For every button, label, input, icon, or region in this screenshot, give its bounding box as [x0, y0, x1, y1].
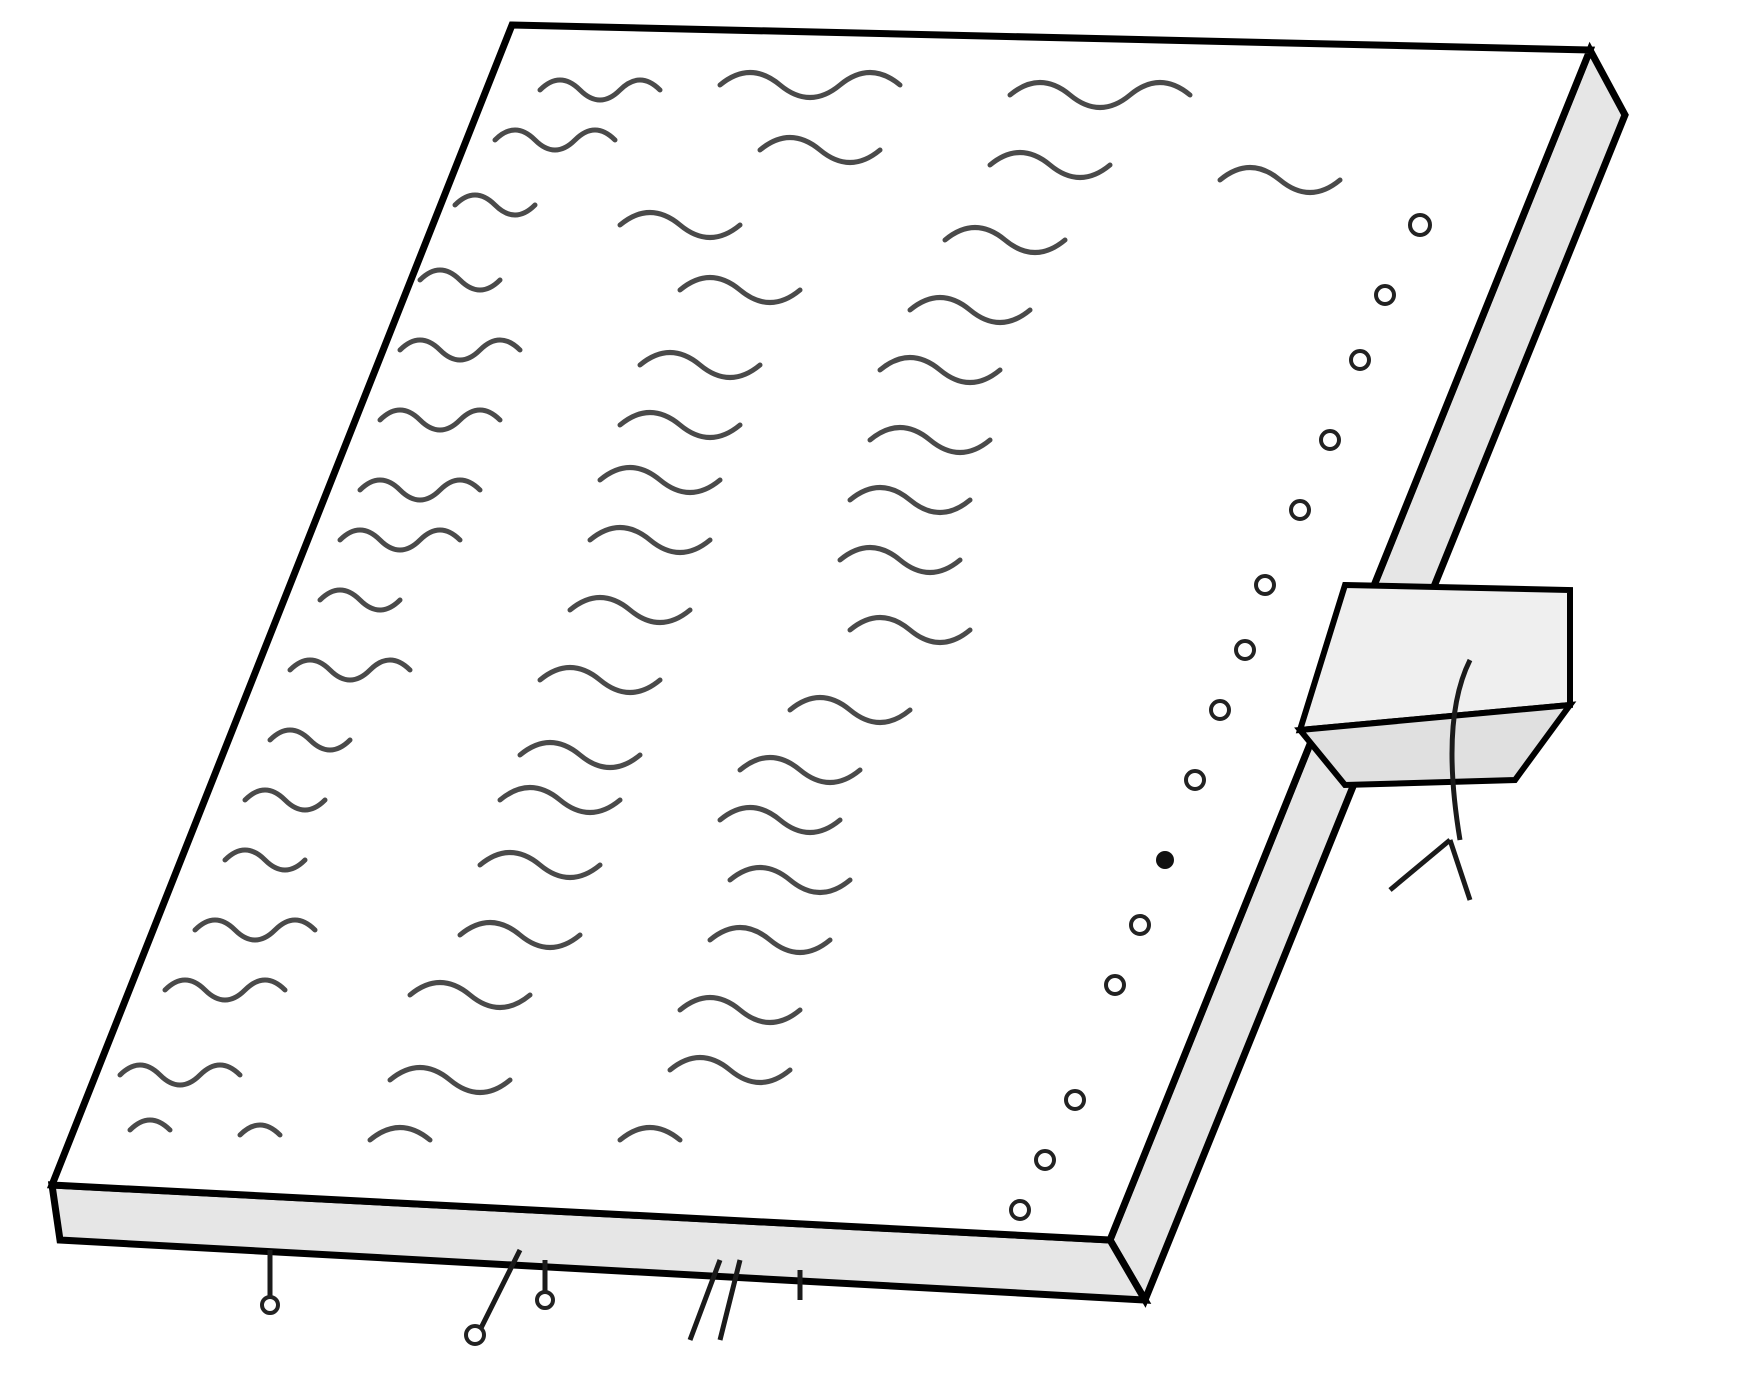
board-illustration [0, 0, 1743, 1400]
clamp-bar [1300, 585, 1570, 900]
